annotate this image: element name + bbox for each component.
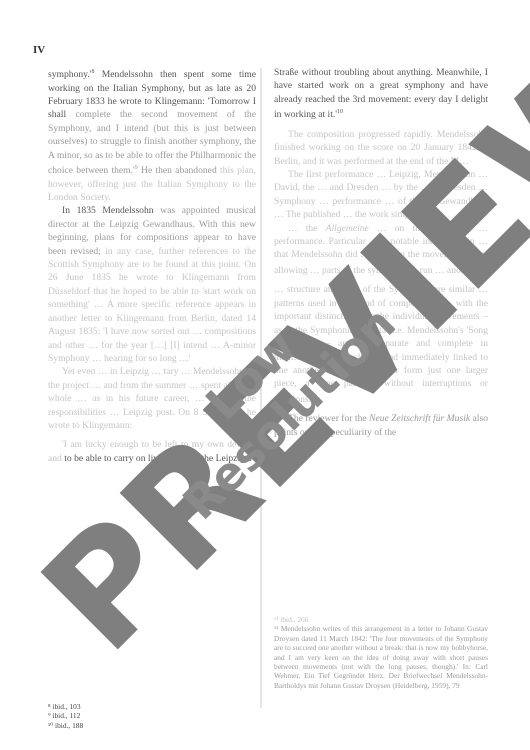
- paragraph: The first performance … Leipzig, Mendels…: [274, 168, 488, 222]
- footnotes-right: ¹¹ ibid., 266 ¹² Mendelssohn writes of t…: [274, 615, 488, 690]
- footnote-text: ibid., 266: [280, 615, 308, 624]
- quote-paragraph: … structure and form of the Symphony are…: [274, 283, 488, 406]
- footnote: ¹¹ ibid., 266: [274, 615, 488, 624]
- footnote: ¹⁰ ibid., 188: [48, 721, 248, 730]
- paragraph: Yet even … in Leipzig … tary … Mendelsso…: [48, 365, 256, 432]
- paragraph: The reviewer for the Neue Zeitschrift fü…: [274, 412, 488, 439]
- quote-paragraph: 'I am lucky enough to be left to my own …: [48, 438, 256, 465]
- footnote-text: ibid., 112: [52, 711, 80, 720]
- footnote: ⁹ ibid., 112: [48, 711, 248, 720]
- footnotes-left: ⁸ ibid., 103 ⁹ ibid., 112 ¹⁰ ibid., 188: [48, 702, 248, 730]
- footnote-mark: ⁹: [48, 711, 51, 720]
- footnote-text: ibid., 103: [52, 702, 80, 711]
- footnote: ¹² Mendelssohn writes of this arrangemen…: [274, 624, 488, 690]
- paragraph: The composition progressed rapidly. Mend…: [274, 128, 488, 168]
- left-text-column: symphony.'8 Mendelssohn then spent some …: [48, 66, 256, 465]
- page-number: IV: [33, 44, 45, 56]
- column-divider: [260, 68, 262, 708]
- paragraph: Straße without troubling about anything.…: [274, 66, 488, 122]
- paragraph: In 1835 Mendelssohn was appointed musica…: [48, 204, 256, 365]
- footnote-mark: ¹¹: [274, 615, 278, 624]
- right-text-column: Straße without troubling about anything.…: [274, 66, 488, 439]
- footnote-mark: ¹²: [274, 624, 278, 633]
- footnote-text: ibid., 188: [55, 721, 83, 730]
- footnote: ⁸ ibid., 103: [48, 702, 248, 711]
- paragraph: symphony.'8 Mendelssohn then spent some …: [48, 66, 256, 204]
- paragraph: … the Allgemeine … on the enormous … per…: [274, 222, 488, 278]
- footnote-text: Mendelssohn writes of this arrangement i…: [274, 624, 488, 689]
- footnote-mark: ¹⁰: [48, 721, 53, 730]
- footnote-mark: ⁸: [48, 702, 51, 711]
